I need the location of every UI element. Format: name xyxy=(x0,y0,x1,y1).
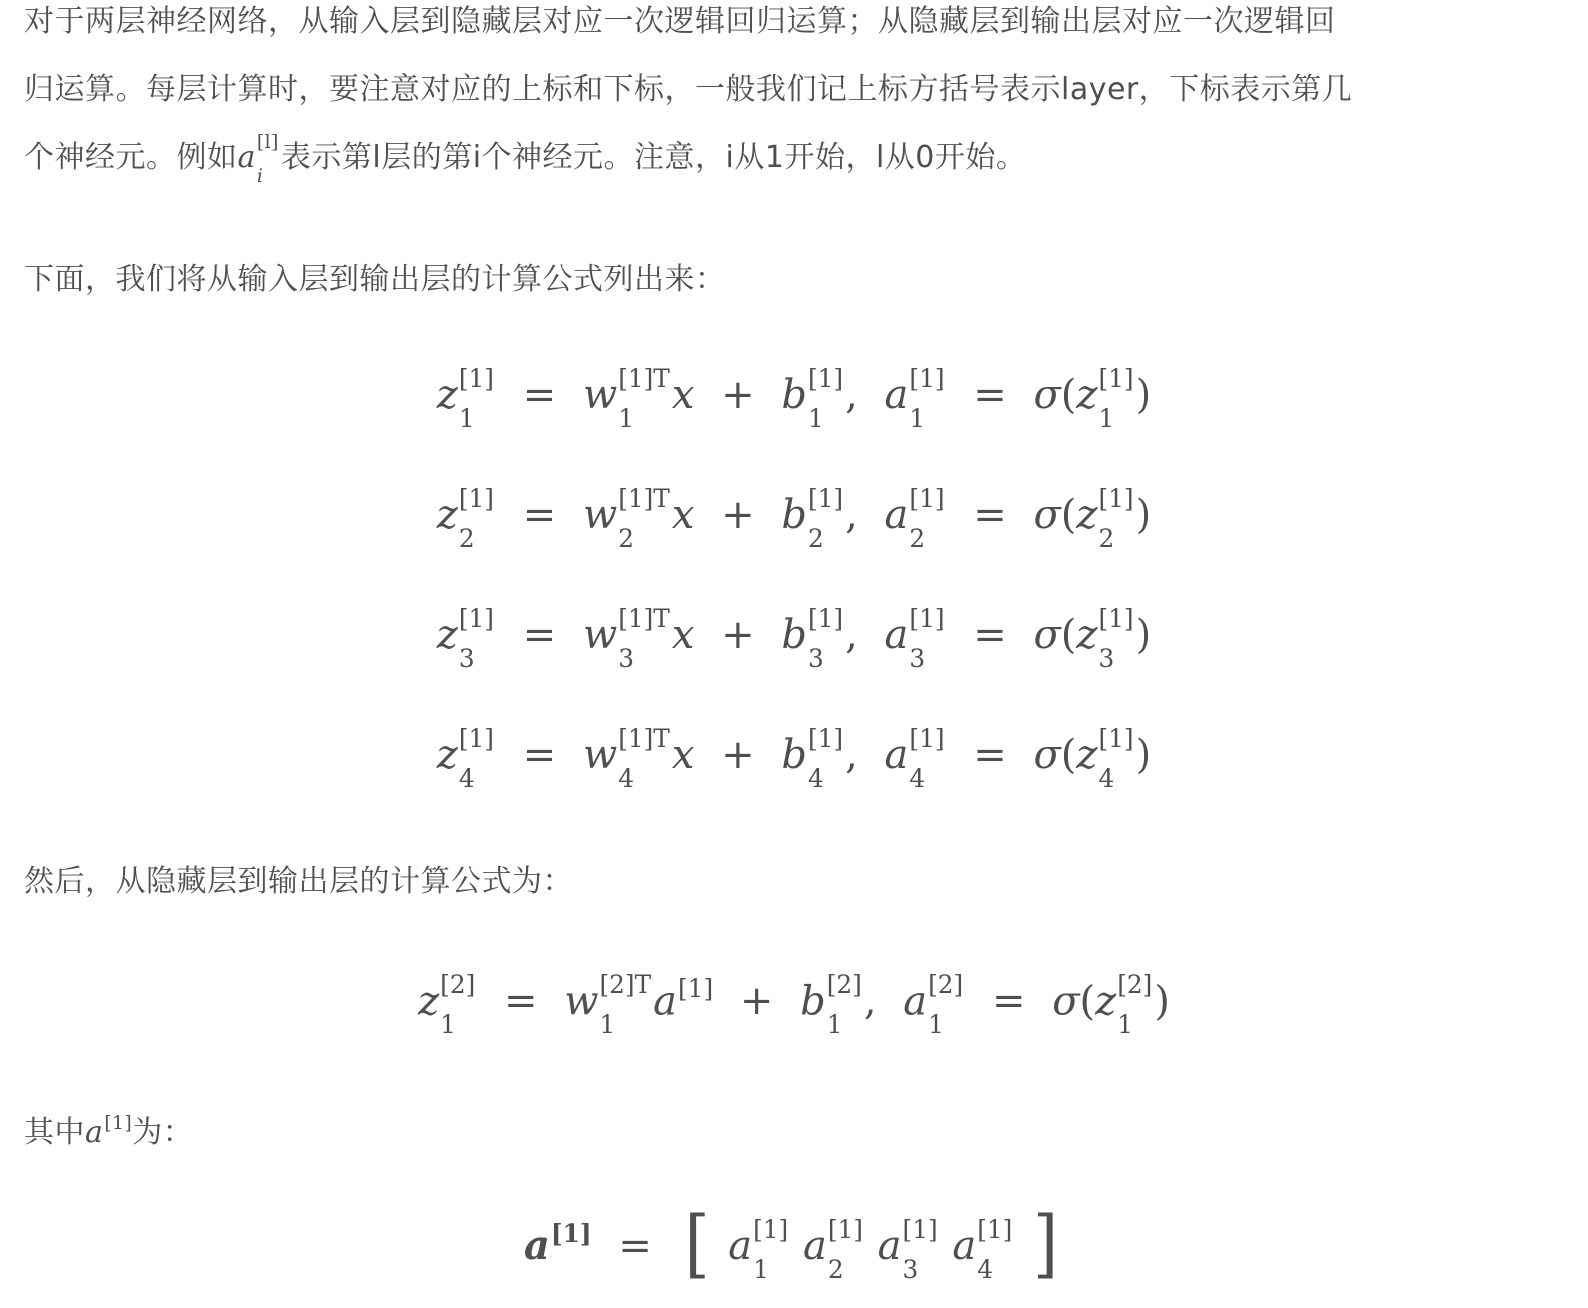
math-sup: [1] xyxy=(104,1113,132,1134)
math-a-1: a[1] xyxy=(85,1115,132,1150)
intro-line-3: 个神经元。例如a[l]i表示第l层的第i个神经元。注意，i从1开始，l从0开始。 xyxy=(24,124,1026,192)
formula-layer2-output: z[2]1 = w[2]T1a[1] + b[2]1, a[2]1 = σ(z[… xyxy=(0,974,1588,1030)
right-bracket: ] xyxy=(1033,1202,1058,1287)
math-sub: i xyxy=(257,167,279,187)
formula-activation-vector: a[1] = [ a[1]1 a[1]2 a[1]3 a[1]4 ] xyxy=(0,1212,1588,1286)
left-bracket: [ xyxy=(685,1202,710,1287)
math-base: a xyxy=(238,140,256,175)
intro-line-1: 对于两层神经网络，从输入层到隐藏层对应一次逻辑回归运算；从隐藏层到输出层对应一次… xyxy=(24,0,1336,56)
intro-line-3-after: 表示第l层的第i个神经元。注意，i从1开始，l从0开始。 xyxy=(281,140,1027,175)
formula-layer1-neuron-4: z[1]4 = w[1]T4x + b[1]4, a[1]4 = σ(z[1]4… xyxy=(0,732,1588,784)
section-1-text: 下面，我们将从输入层到输出层的计算公式列出来： xyxy=(24,246,726,314)
math-base: a xyxy=(85,1115,103,1150)
formula-layer1-neuron-2: z[1]2 = w[1]T2x + b[1]2, a[1]2 = σ(z[1]2… xyxy=(0,492,1588,544)
math-a-i-l: a[l]i xyxy=(238,140,281,175)
formula-layer1-neuron-3: z[1]3 = w[1]T3x + b[1]3, a[1]3 = σ(z[1]3… xyxy=(0,612,1588,664)
intro-line-3-before: 个神经元。例如 xyxy=(24,140,238,175)
section-3-after: 为： xyxy=(132,1115,193,1150)
section-3-text: 其中a[1]为： xyxy=(24,1090,193,1167)
section-3-before: 其中 xyxy=(24,1115,85,1150)
formula-layer1-neuron-1: z[1]1 = w[1]T1x + b[1]1, a[1]1 = σ(z[1]1… xyxy=(0,372,1588,424)
section-2-text: 然后，从隐藏层到输出层的计算公式为： xyxy=(24,848,573,916)
vector-lhs: a xyxy=(524,1222,550,1269)
vector-lhs-sup: [1] xyxy=(551,1219,592,1248)
intro-line-2: 归运算。每层计算时，要注意对应的上标和下标，一般我们记上标方括号表示layer，… xyxy=(24,56,1352,124)
math-sup: [l] xyxy=(257,133,279,153)
